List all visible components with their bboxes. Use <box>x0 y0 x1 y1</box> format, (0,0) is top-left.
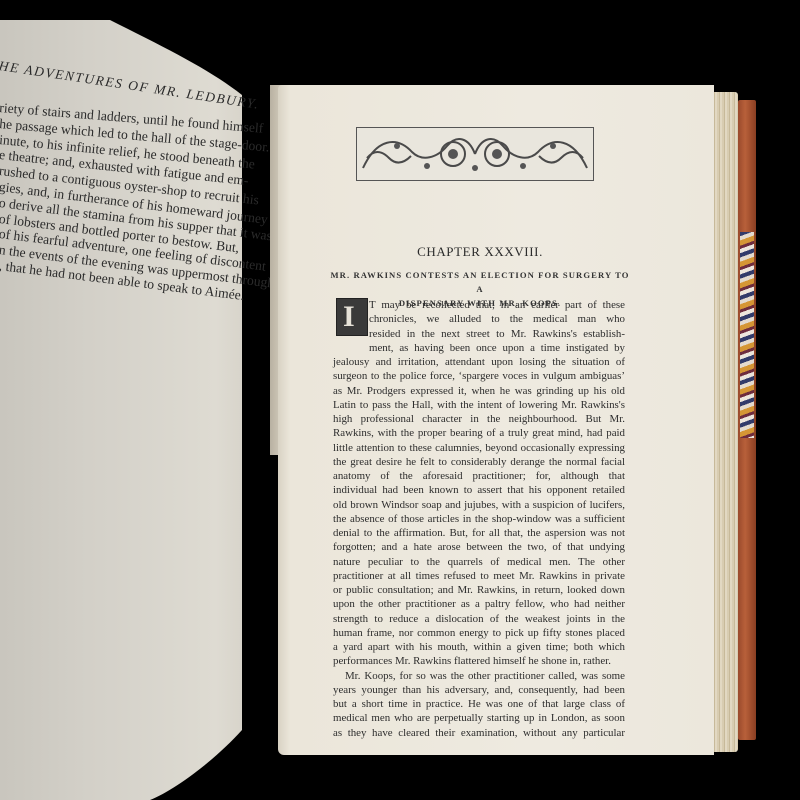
text-line: high professional character in the neigh… <box>333 412 625 426</box>
text-line: the absence of those articles in the sho… <box>333 512 625 526</box>
drop-cap-letter: I <box>343 301 355 333</box>
text-line: practitioner at all times refused to mee… <box>333 569 625 583</box>
text-line: upon the other practitioner as a paltry … <box>333 597 625 611</box>
text-line: resided in the next street to Mr. Rawkin… <box>333 327 625 341</box>
ornamental-headpiece-icon <box>356 127 594 181</box>
text-line: medical men who are perpetually starting… <box>333 711 625 725</box>
left-page-text: riety of stairs and ladders, until he fo… <box>0 80 275 274</box>
text-line: jealousy and irritation, attendant upon … <box>333 355 625 369</box>
text-line: T may be recollected that, in an earlier… <box>333 298 625 312</box>
text-line: strength to reduce a dislocation of the … <box>333 612 625 626</box>
text-line: old brown Windsor soap and jujubes, with… <box>333 498 625 512</box>
text-line: years younger than his adversary, and, c… <box>333 683 625 697</box>
chapter-title: CHAPTER XXXVIII. <box>340 244 620 260</box>
text-line: little attention to these calumnies, bey… <box>333 441 625 455</box>
page-fore-edge <box>712 92 738 752</box>
text-line: human frame, nor common energy to pick u… <box>333 626 625 640</box>
text-line: chronicles, we alluded to the medical ma… <box>333 312 625 326</box>
text-line: as Mr. Prodgers expressed it, when he wa… <box>333 384 625 398</box>
text-line: performances Mr. Rawkins flattered himse… <box>333 654 625 668</box>
text-line: Latin to pass the Hall, with the intent … <box>333 398 625 412</box>
text-line: the great desire he felt to considerably… <box>333 455 625 469</box>
text-line: as they have cleared their examination, … <box>333 726 625 740</box>
text-line: ment, as having been once upon a time in… <box>333 341 625 355</box>
text-line: Mr. Koops, for so was the other practiti… <box>333 669 625 683</box>
decorated-drop-cap: I <box>336 298 368 336</box>
marbled-endpaper <box>740 232 754 438</box>
text-line: individual had been known to assert that… <box>333 483 625 497</box>
text-line: nature peculiar to the quarrels of medic… <box>333 555 625 569</box>
text-line: or public consultation; and Mr. Rawkins,… <box>333 583 625 597</box>
text-line: a yard apart with his mouth, within a gi… <box>333 640 625 654</box>
text-line: surgeon to the police force, ‘spargere v… <box>333 369 625 383</box>
chapter-subtitle-line: MR. RAWKINS CONTESTS AN ELECTION FOR SUR… <box>330 268 630 296</box>
text-line: forgotten; and a hate arose between the … <box>333 540 625 554</box>
text-line: denial to the affirmation. But, for all … <box>333 526 625 540</box>
text-line: but a short time in practice. He was one… <box>333 697 625 711</box>
chapter-body-text: T may be recollected that, in an earlier… <box>333 298 625 740</box>
text-line: Rawkins, with the proper bearing of a tr… <box>333 426 625 440</box>
text-line: anatomy of the aforesaid practitioner; f… <box>333 469 625 483</box>
